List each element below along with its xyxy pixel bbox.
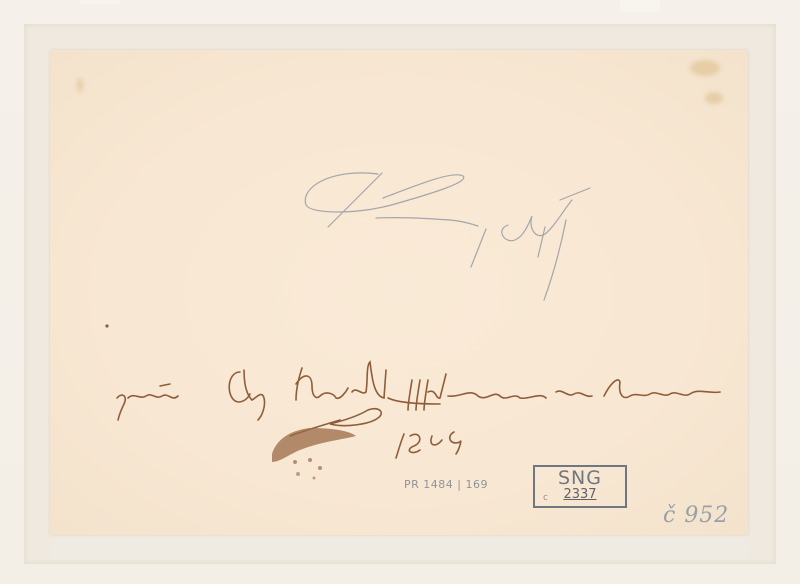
handwriting-layer [0,0,800,584]
pencil-reference-number: PR 1484 | 169 [404,478,488,491]
ink-blot [105,324,356,479]
stamp-prefix: c [543,493,548,503]
inventory-number: č 952 [663,503,729,528]
stamp-title: SNG [535,468,625,488]
pencil-signature [305,173,590,300]
stamp-number: 2337 [535,488,625,502]
collection-stamp: SNG 2337 c [533,465,627,508]
